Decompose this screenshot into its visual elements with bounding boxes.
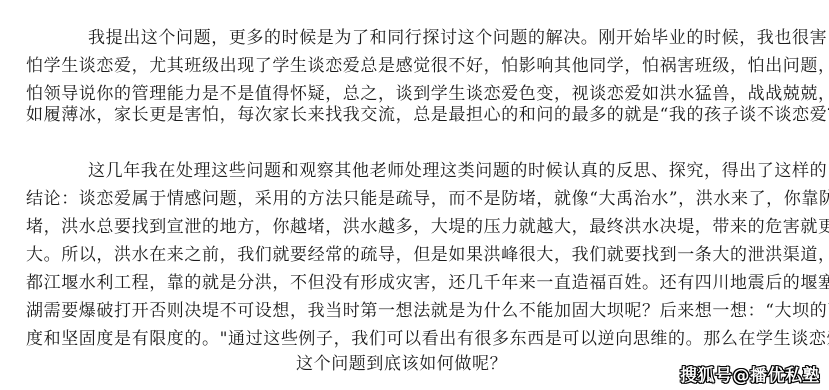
paragraph-line: 堵，洪水总要找到宣泄的地方，你越堵，洪水越多，大堤的压力就越大，最终洪水决堤，带…	[26, 213, 766, 241]
watermark: 搜狐号@播优私塾	[680, 361, 820, 386]
paragraph-line: 都江堰水利工程，靠的就是分洪，不但没有形成灾害，还几千年来一直造福百姓。还有四川…	[26, 269, 766, 297]
paragraph-line: 度和坚固度是有限度的。"通过这些例子，我们可以看出有很多东西是可以逆向思维的。那…	[26, 325, 766, 353]
paragraph-line: 结论：谈恋爱属于情感问题，采用的方法只能是疏导，而不是防堵，就像“大禹治水”，洪…	[26, 185, 766, 213]
paragraph-line: 这个问题到底该如何做呢？	[296, 350, 596, 378]
paragraph-line: 怕学生谈恋爱，尤其班级出现了学生谈恋爱总是感觉很不好，怕影响其他同学，怕祸害班级…	[26, 52, 766, 80]
document-page: 我提出这个问题，更多的时候是为了和同行探讨这个问题的解决。刚开始毕业的时候，我也…	[0, 0, 829, 390]
paragraph-line: 如履薄冰，家长更是害怕，每次家长来找我交流，总是最担心的和问的最多的就是“我的孩…	[26, 101, 766, 129]
paragraph-line: 大。所以，洪水在来之前，我们就要经常的疏导，但是如果洪峰很大，我们就要找到一条大…	[26, 241, 766, 269]
paragraph-line: 我提出这个问题，更多的时候是为了和同行探讨这个问题的解决。刚开始毕业的时候，我也…	[88, 24, 768, 52]
paragraph-line: 这几年我在处理这些问题和观察其他老师处理这类问题的时候认真的反思、探究，得出了这…	[88, 157, 768, 185]
paragraph-line: 湖需要爆破打开否则决堤不可设想，我当时第一想法就是为什么不能加固大坝呢？后来想一…	[26, 297, 766, 325]
